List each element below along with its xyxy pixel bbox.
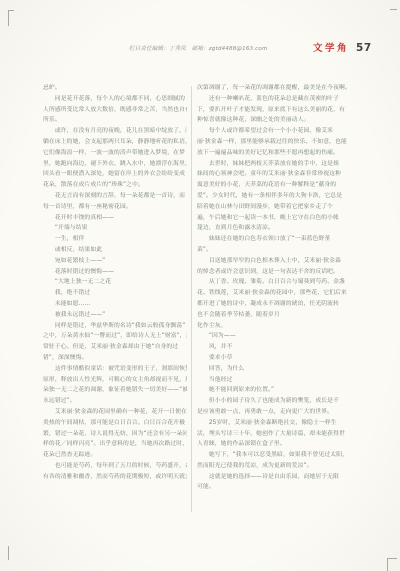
text-line: 回答，为什么: [197, 364, 373, 375]
text-line: 遍，午后她和它一起读一本书，晚上它守在白色的小帐: [197, 213, 373, 224]
text-line: 人所感所受比常人放大数倍，既感非常之苦，当然也自有: [43, 105, 187, 116]
trim-mark-bottom-right: [387, 558, 397, 571]
text-line: 之中，万朵黄水仙“一瞥而过”，即给诗人无上“财富”，真乐: [43, 331, 187, 342]
text-line: “开端与结果: [43, 223, 187, 234]
text-line: 当他经过: [197, 375, 373, 386]
text-line: 回头看一眼便潜入深处，她留在岸上的外衣会纷纷变成: [43, 169, 187, 180]
text-line: 花朵已然杳无踪迹。: [43, 450, 187, 461]
text-line: 宛如花繁枝上——”: [43, 256, 187, 267]
text-line: 她不能回到原来的位置。”: [197, 385, 373, 396]
text-line: 这就是她的选择——诗是自由乐园，而她居于无限: [197, 472, 373, 483]
text-line: 要求小草: [197, 353, 373, 364]
left-text-column: 忌妒。 同是花开花落，每个人的心境都不同，心思细腻的人所感所受比常人放大数倍，既…: [43, 83, 187, 482]
text-line: 每一首诗里，都有一座秘密花园。: [43, 202, 187, 213]
text-line: 原形，释放出人性光辉，可粗心的女主角却视而不见，那: [43, 375, 187, 386]
text-line: 从丁香、玫瑰、雏菊、白日百合与蜀葵到芍药、金盏: [197, 277, 373, 288]
text-line: 妹间的心领神会吧。童年的艾米丽·狄金森非常珍视这种: [197, 169, 373, 180]
text-line: 未能如愿……: [43, 299, 187, 310]
right-text-column: 次第凋谢了，每一朵花的凋谢都在提醒，最美是在今夜啊。 还有一种喇叭花，蓝色的花朵…: [197, 83, 373, 493]
text-line: 25岁时，艾米丽·狄金森断绝社交，像隐士一样生: [197, 418, 373, 429]
text-line: 繁，错过一朵花，诗人说得无妨，因为“还会有另一朵同: [43, 429, 187, 440]
text-line: 或相反，结果如此: [43, 245, 187, 256]
text-line: 下，要扒开叶子才能发现，原来底下有这么美丽的花，有: [197, 105, 373, 116]
text-line: “因为——: [197, 331, 373, 342]
text-line: 她写下，“我本可以忍受黑暗，如果我不曾见过太阳，: [197, 450, 373, 461]
text-line: 妹妹还在她的白色寿衣领口放了“一束蓝色野堇: [197, 234, 373, 245]
text-line: 篷边，直到月色和露水清凉。: [197, 223, 373, 234]
text-line: “大地上独一无二之花: [43, 277, 187, 288]
editor-credit: 栏目责任编辑：丁秀凤 邮箱：zgtd4488@163.com: [129, 44, 268, 52]
text-line: 的悼念者或许会意识到，这是一句表达不舍的反话吧。: [197, 267, 373, 278]
text-line: 花无言而有深刻的言辞，每一朵花都是一首诗，而: [43, 191, 187, 202]
text-line: 活，埋头写诗三十年，她创作了大量诗篇，却未能获得世: [197, 429, 373, 440]
text-line: 永远错过”。: [43, 396, 187, 407]
text-line: 化作尘灰。: [197, 321, 373, 332]
text-line: 还有一种喇叭花，蓝色的花朵总是藏在茂密的叶子: [197, 94, 373, 105]
text-line: 里，她跑向海边，褪下外衣，跳入水中，她漂浮在海里，只: [43, 159, 187, 170]
text-line: 然而阳光已使我的荒凉，成为更新的荒凉”。: [197, 461, 373, 472]
text-line: 我，绝不错过: [43, 288, 187, 299]
text-line: 去世时，妹妹把两枝天芥菜放在她的手中，这是姐: [197, 159, 373, 170]
text-line: 菜”。: [197, 245, 373, 256]
text-line: 是应该勇敢一点，再勇敢一点，走向更广大的世界。: [197, 407, 373, 418]
text-line: 也不会随着季节枯萎，随着岁月: [197, 310, 373, 321]
text-line: 朵独一无二之花的凋谢，象征着她错失一切美好——“被我: [43, 385, 187, 396]
text-line: 花落时错过的懊悔——: [43, 267, 187, 278]
text-line: 有各的清雅和幽香，然而芍药的花期极短，或许明天就会: [43, 472, 187, 483]
text-line: 可能。: [197, 482, 373, 493]
text-line: 忌妒。: [43, 83, 187, 94]
text-line: 寓意美好的小花，天芥菜的花语有一种解释是“献身的: [197, 180, 373, 191]
text-line: 也可能是芍药，每年到了五月的时候，芍药盛开，各: [43, 461, 187, 472]
text-line: 炎热的午间凋枯，那可能是白日百合。白日百合花开极: [43, 418, 187, 429]
trim-mark-top-left: [8, 10, 14, 26]
magazine-page: 栏目责任编辑：丁秀凤 邮箱：zgtd4488@163.com 文学角 57 忌妒…: [0, 0, 400, 571]
text-line: 这件事情酷似童话：被咒语变形的王子，刹那间恢复: [43, 364, 187, 375]
text-line: 花、铁线莲，艾米丽·狄金森的花园中，那些花，它们后来: [197, 288, 373, 299]
column-divider: [191, 86, 192, 512]
text-line: 放下一遍遍品味的美好记忆和那些不愿再想起的伤痛。: [197, 148, 373, 159]
text-line: 错”，深深懊悔。: [43, 353, 187, 364]
text-line: 一生，相伴: [43, 234, 187, 245]
text-line: 都开进了她的诗中，凝成永不凋谢的琥珀，任光阴流转: [197, 299, 373, 310]
text-line: 躺在床上的她，会支起那两只耳朵，静静地听花的私语，: [43, 137, 187, 148]
text-line: 同样是错过，华兹华斯的名诗“我如云般孤身飘荡”: [43, 321, 187, 332]
text-line: 花开时丰饶的真相——: [43, 213, 187, 224]
text-line: 但小小的园子待久了也能成为新的樊笼，成长是不: [197, 396, 373, 407]
text-line: 爱”。少女时代，她有一条相伴多年的大狗卡洛，它总是: [197, 191, 373, 202]
text-line: 它们像海浪一样，一波一波的涛声带她进入梦境，在梦: [43, 148, 187, 159]
page-number: 57: [356, 42, 372, 54]
text-line: 所乐。: [43, 115, 187, 126]
text-line: 艾米丽·狄金森的花园里确有一种花，花开一日便在: [43, 407, 187, 418]
text-line: 风，并不: [197, 342, 373, 353]
text-line: 或许，在没有月亮的夜晚，花儿在黑暗中绽放了，而: [43, 126, 187, 137]
text-line: 陪着她在山林与田野间漫步，她带着它把家乡走了个: [197, 202, 373, 213]
text-line: 人青睐，她的作品深锁在盒子里。: [197, 439, 373, 450]
text-line: 样的花／同样闪亮”。出乎意料的是，当她再次路过时，: [43, 439, 187, 450]
text-line: 花朵，散落在成片成片的“珍珠”之中。: [43, 180, 187, 191]
trim-mark-top-right: [390, 9, 397, 10]
text-line: 每个人或许都希望过会有一个小小花园，像艾米: [197, 126, 373, 137]
text-line: 常驻于心。但是，艾米丽·狄金森却由于她“自身的过: [43, 342, 187, 353]
text-line: 同是花开花落，每个人的心境都不同，心思细腻的: [43, 94, 187, 105]
text-line: 被我永远错过——”: [43, 310, 187, 321]
section-header: 文学角 57: [313, 40, 372, 54]
text-line: 目送她那窄窄的白色棺木葬入土中，艾米丽·狄金森: [197, 256, 373, 267]
text-line: 种惊喜就像这种花，深幽之处的美丽动人。: [197, 115, 373, 126]
trim-mark-bottom-left: [8, 546, 9, 560]
section-title: 文学角: [313, 40, 349, 54]
text-line: 次第凋谢了，每一朵花的凋谢都在提醒，最美是在今夜啊。: [197, 83, 373, 94]
text-line: 丽·狄金森一样，那里能够承载过往的快乐、不如意，也能: [197, 137, 373, 148]
